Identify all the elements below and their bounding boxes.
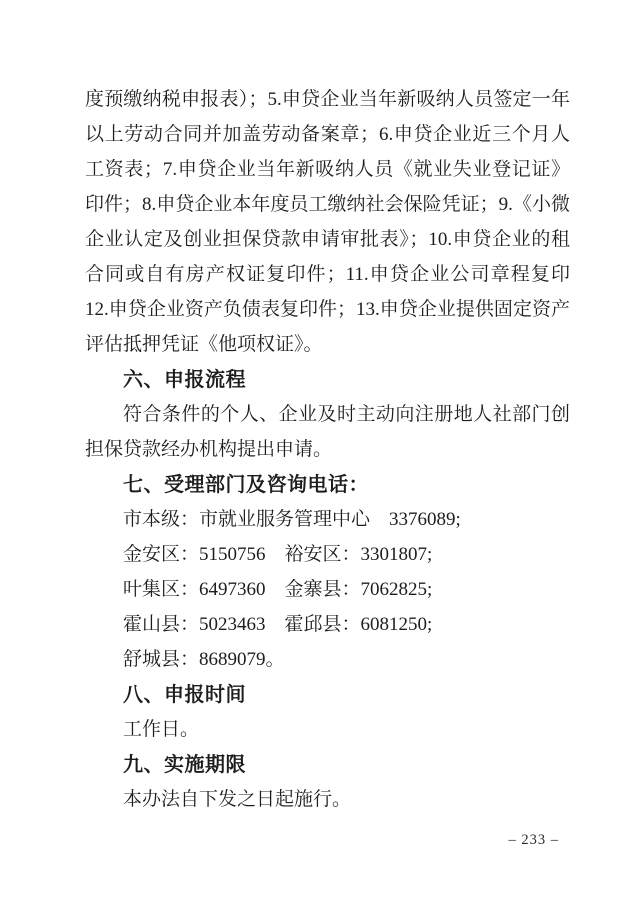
intro-paragraph-line: 12.申贷企业资产负债表复印件；13.申贷企业提供固定资产 bbox=[85, 292, 570, 327]
phone-line: 舒城县：8689079。 bbox=[85, 642, 570, 677]
intro-paragraph-line: 工资表；7.申贷企业当年新吸纳人员《就业失业登记证》复 bbox=[85, 152, 570, 187]
section-heading-application-process: 六、申报流程 bbox=[85, 362, 570, 397]
phone-line: 金安区：5150756 裕安区：3301807; bbox=[85, 537, 570, 572]
section-heading-application-time: 八、申报时间 bbox=[85, 677, 570, 712]
section-heading-implementation-period: 九、实施期限 bbox=[85, 747, 570, 782]
section-paragraph-line: 符合条件的个人、企业及时主动向注册地人社部门创业 bbox=[85, 397, 570, 432]
intro-paragraph-line: 企业认定及创业担保贷款申请审批表》；10.申贷企业的租赁 bbox=[85, 222, 570, 257]
intro-paragraph-line: 印件；8.申贷企业本年度员工缴纳社会保险凭证；9.《小微 bbox=[85, 187, 570, 222]
section-paragraph-line: 本办法自下发之日起施行。 bbox=[85, 782, 570, 817]
section-paragraph-line: 工作日。 bbox=[85, 712, 570, 747]
phone-line: 叶集区：6497360 金寨县：7062825; bbox=[85, 572, 570, 607]
section-paragraph-line: 担保贷款经办机构提出申请。 bbox=[85, 432, 570, 467]
document-page: 度预缴纳税申报表）；5.申贷企业当年新吸纳人员签定一年 以上劳动合同并加盖劳动备… bbox=[0, 0, 642, 907]
intro-paragraph-line: 合同或自有房产权证复印件；11.申贷企业公司章程复印件； bbox=[85, 257, 570, 292]
phone-line: 市本级：市就业服务管理中心 3376089; bbox=[85, 502, 570, 537]
intro-paragraph-line: 评估抵押凭证《他项权证》。 bbox=[85, 327, 570, 362]
phone-line: 霍山县：5023463 霍邱县：6081250; bbox=[85, 607, 570, 642]
intro-paragraph-line: 以上劳动合同并加盖劳动备案章；6.申贷企业近三个月人员 bbox=[85, 117, 570, 152]
page-number: – 233 – bbox=[509, 831, 560, 849]
intro-paragraph-line: 度预缴纳税申报表）；5.申贷企业当年新吸纳人员签定一年 bbox=[85, 82, 570, 117]
section-heading-departments-phones: 七、受理部门及咨询电话： bbox=[85, 467, 570, 502]
